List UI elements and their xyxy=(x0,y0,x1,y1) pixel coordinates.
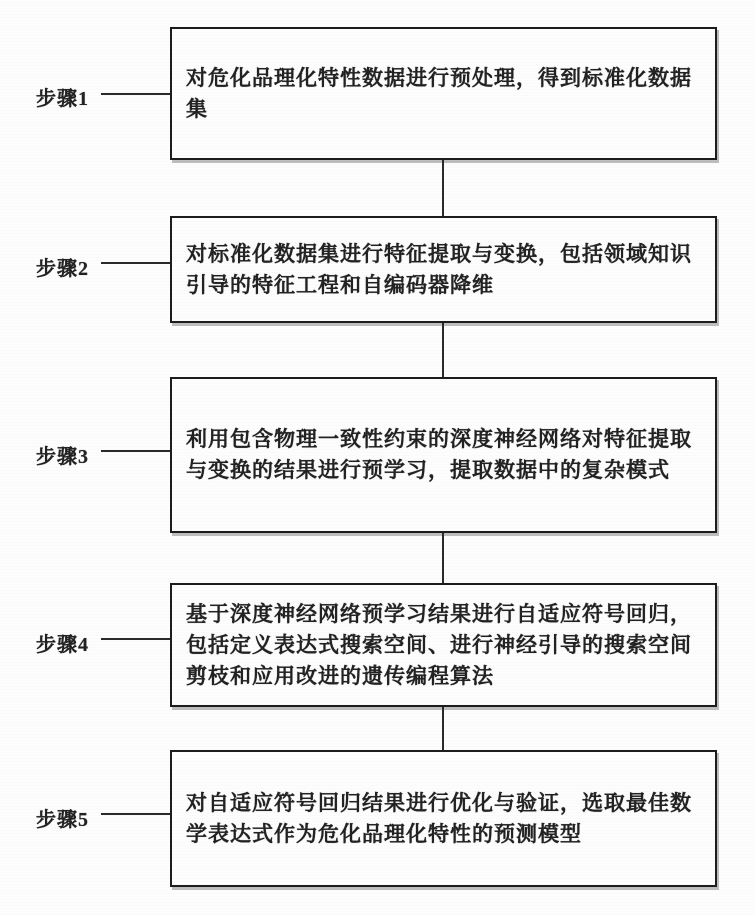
connector-step2-step3 xyxy=(442,323,444,377)
step-4-label: 步骤4 xyxy=(36,628,102,657)
step-5-leader-line xyxy=(101,813,170,815)
step-3-box: 利用包含物理一致性约束的深度神经网络对特征提取与变换的结果进行预学习，提取数据中… xyxy=(170,377,717,533)
step-5-text: 对自适应符号回归结果进行优化与验证，选取最佳数学表达式作为危化品理化特性的预测模… xyxy=(172,788,715,850)
step-4-box: 基于深度神经网络预学习结果进行自适应符号回归，包括定义表达式搜索空间、进行神经引… xyxy=(170,583,717,707)
step-1-leader-line xyxy=(101,93,170,95)
step-3-text: 利用包含物理一致性约束的深度神经网络对特征提取与变换的结果进行预学习，提取数据中… xyxy=(172,424,715,486)
flowchart-figure: 步骤1 对危化品理化特性数据进行预处理，得到标准化数据集 步骤2 对标准化数据集… xyxy=(0,0,755,915)
step-2-box: 对标准化数据集进行特征提取与变换，包括领域知识引导的特征工程和自编码器降维 xyxy=(170,216,717,323)
step-5-box: 对自适应符号回归结果进行优化与验证，选取最佳数学表达式作为危化品理化特性的预测模… xyxy=(170,750,717,887)
step-5-label: 步骤5 xyxy=(36,803,102,832)
step-1-box: 对危化品理化特性数据进行预处理，得到标准化数据集 xyxy=(170,27,717,160)
connector-step3-step4 xyxy=(442,533,444,583)
connector-step4-step5 xyxy=(442,707,444,750)
connector-step1-step2 xyxy=(442,160,444,216)
step-4-text: 基于深度神经网络预学习结果进行自适应符号回归，包括定义表达式搜索空间、进行神经引… xyxy=(172,599,715,692)
step-1-text: 对危化品理化特性数据进行预处理，得到标准化数据集 xyxy=(172,63,715,125)
step-2-leader-line xyxy=(101,262,170,264)
step-1-label: 步骤1 xyxy=(36,82,102,111)
step-3-leader-line xyxy=(101,450,170,452)
step-2-text: 对标准化数据集进行特征提取与变换，包括领域知识引导的特征工程和自编码器降维 xyxy=(172,239,715,301)
step-4-leader-line xyxy=(101,638,170,640)
step-2-label: 步骤2 xyxy=(36,252,102,281)
step-3-label: 步骤3 xyxy=(36,440,102,469)
